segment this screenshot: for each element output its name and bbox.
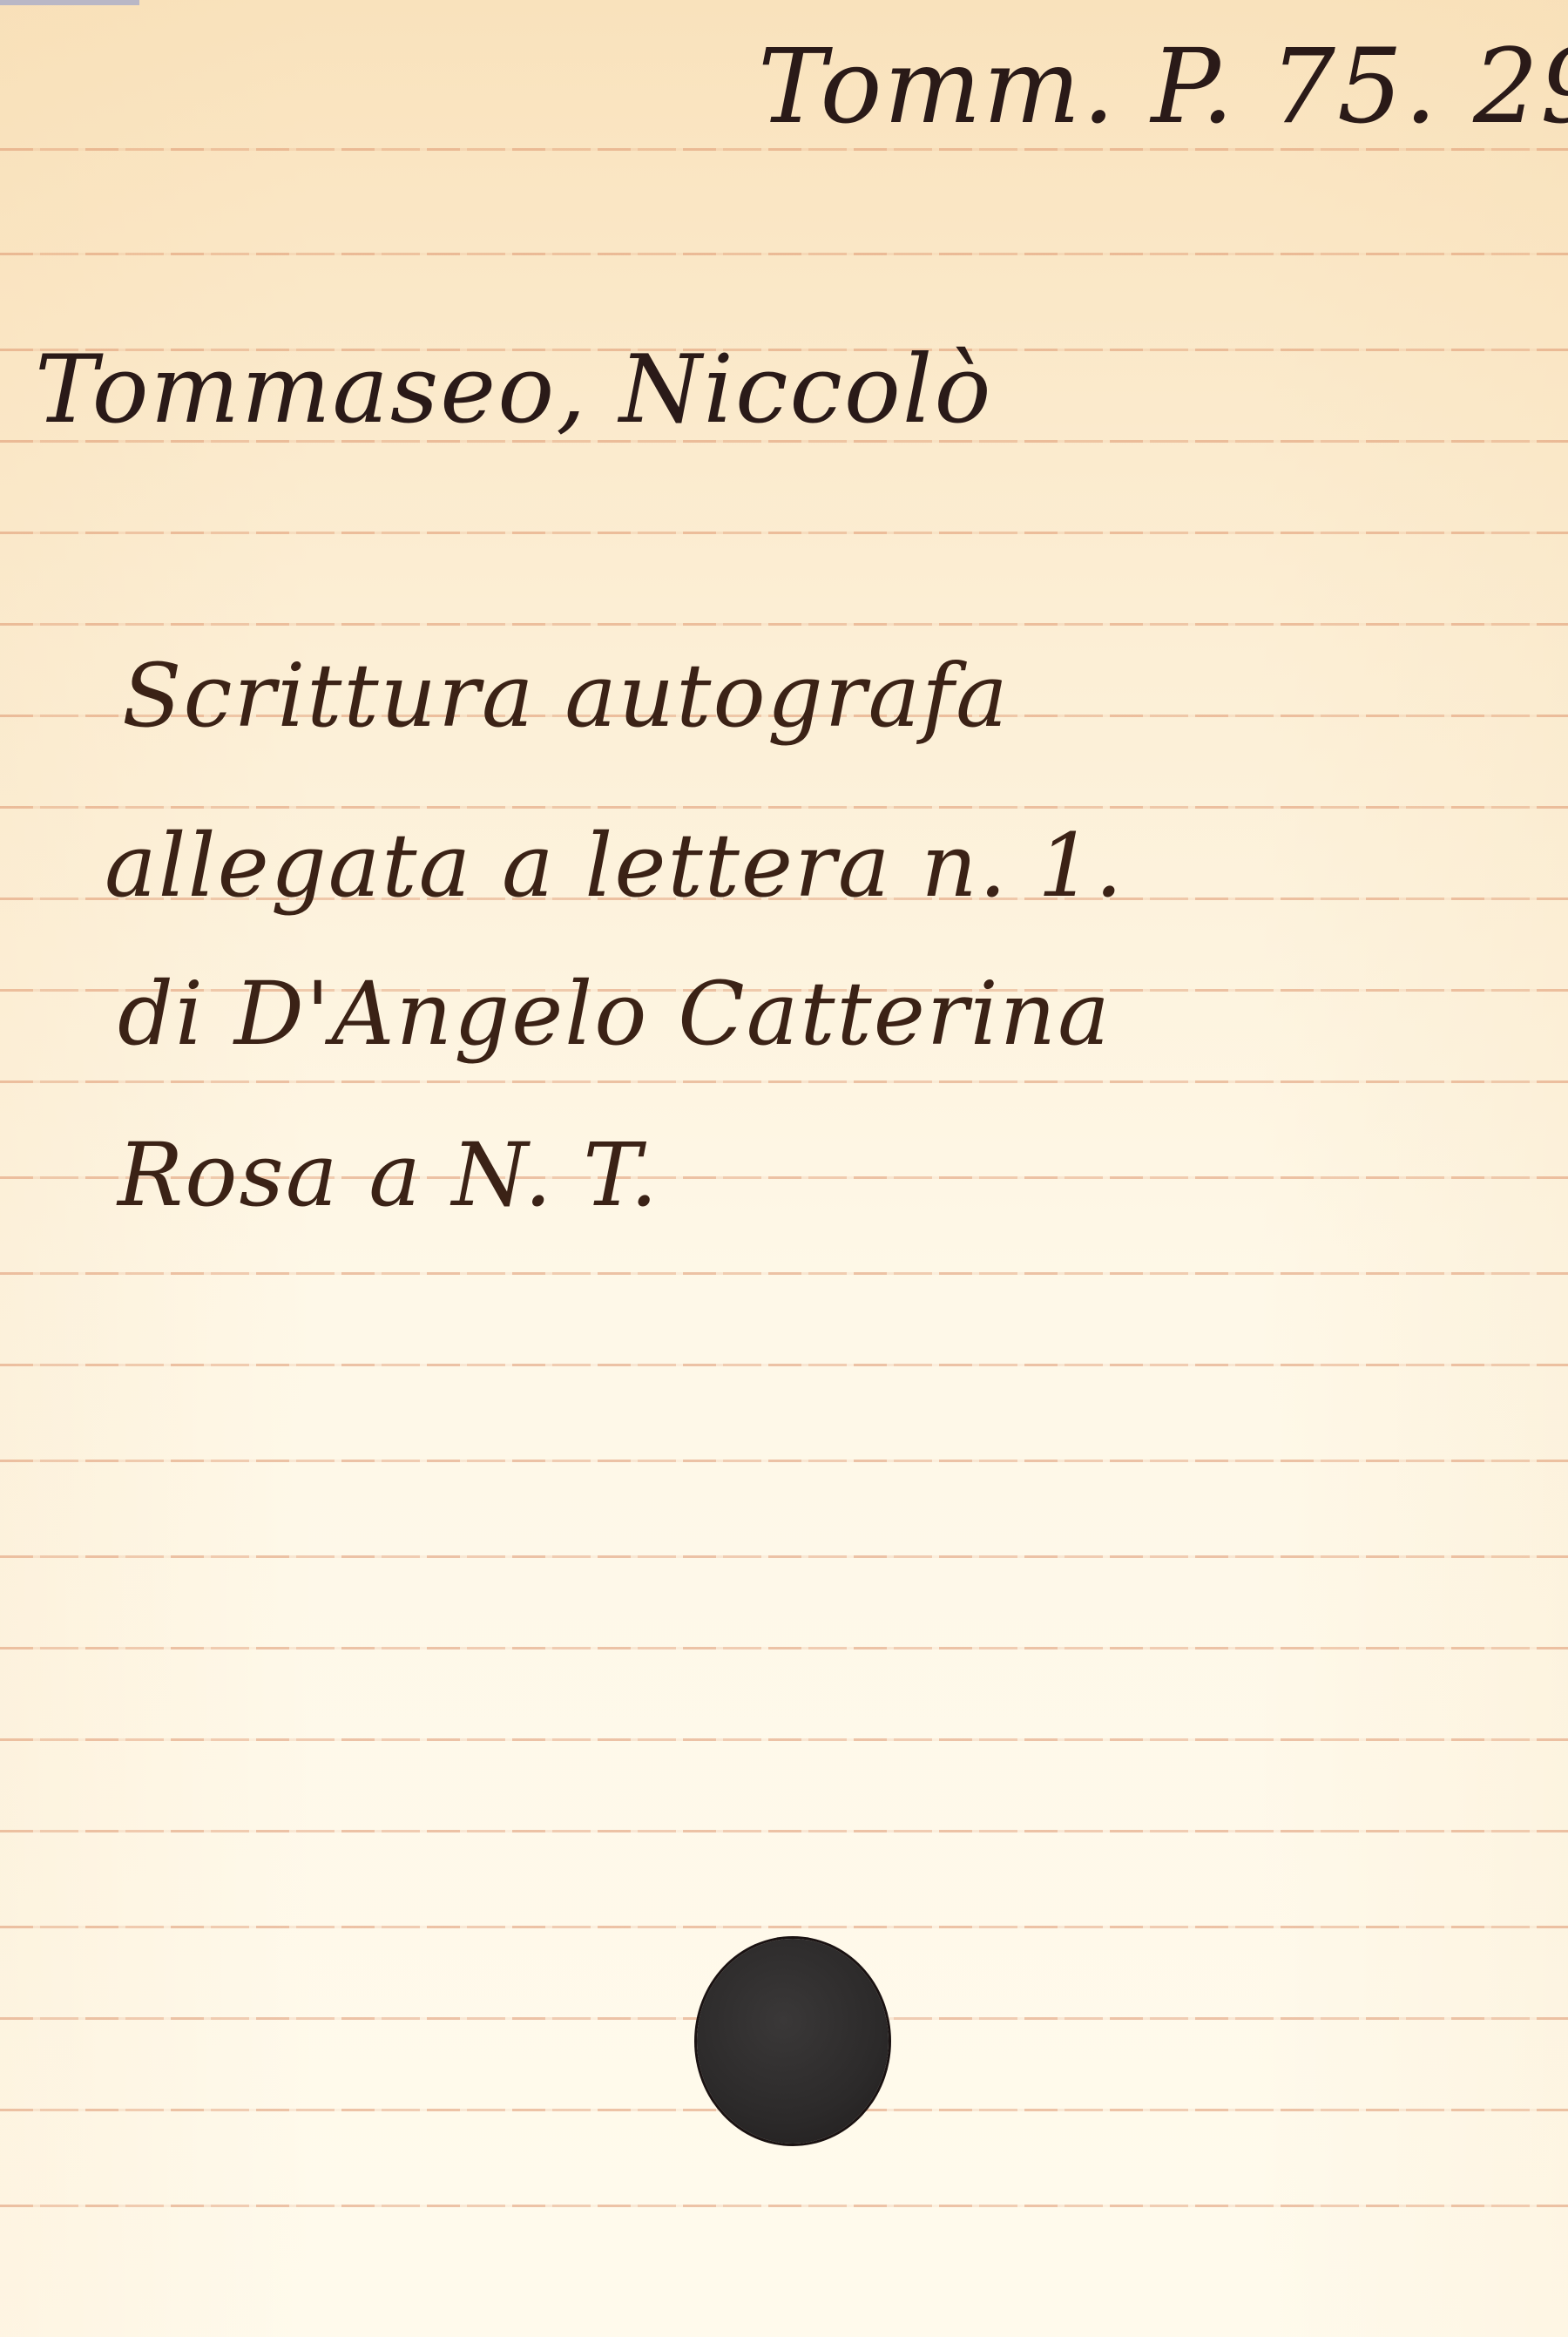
punch-hole [697,1939,889,2144]
ruled-line [0,806,1568,809]
ruled-line [0,1738,1568,1741]
shelfmark: Tomm. P. 75. 29 [758,26,1568,146]
ruled-line [0,1460,1568,1462]
description-line-3: di D'Angelo Catterina [118,963,1112,1065]
description-line-4: Rosa a N. T. [118,1124,659,1226]
ruled-line [0,253,1568,255]
ruled-line [0,1647,1568,1649]
ruled-line [0,148,1568,151]
ruled-line [0,1830,1568,1832]
ruled-line [0,623,1568,626]
ruled-line [0,1080,1568,1083]
ruled-line [0,532,1568,534]
description-line-2: allegata a lettera n. 1. [105,815,1125,917]
author-heading: Tommaseo, Niccolò [35,335,993,444]
catalog-card: Tomm. P. 75. 29 Tommaseo, Niccolò Scritt… [0,0,1568,2337]
ruled-line [0,2205,1568,2207]
description-line-1: Scrittura autografa [122,645,1010,747]
ruled-line [0,1272,1568,1275]
ruled-line [0,1364,1568,1366]
ruled-line [0,1926,1568,1928]
scan-edge-strip [0,0,139,5]
ruled-line [0,1555,1568,1558]
